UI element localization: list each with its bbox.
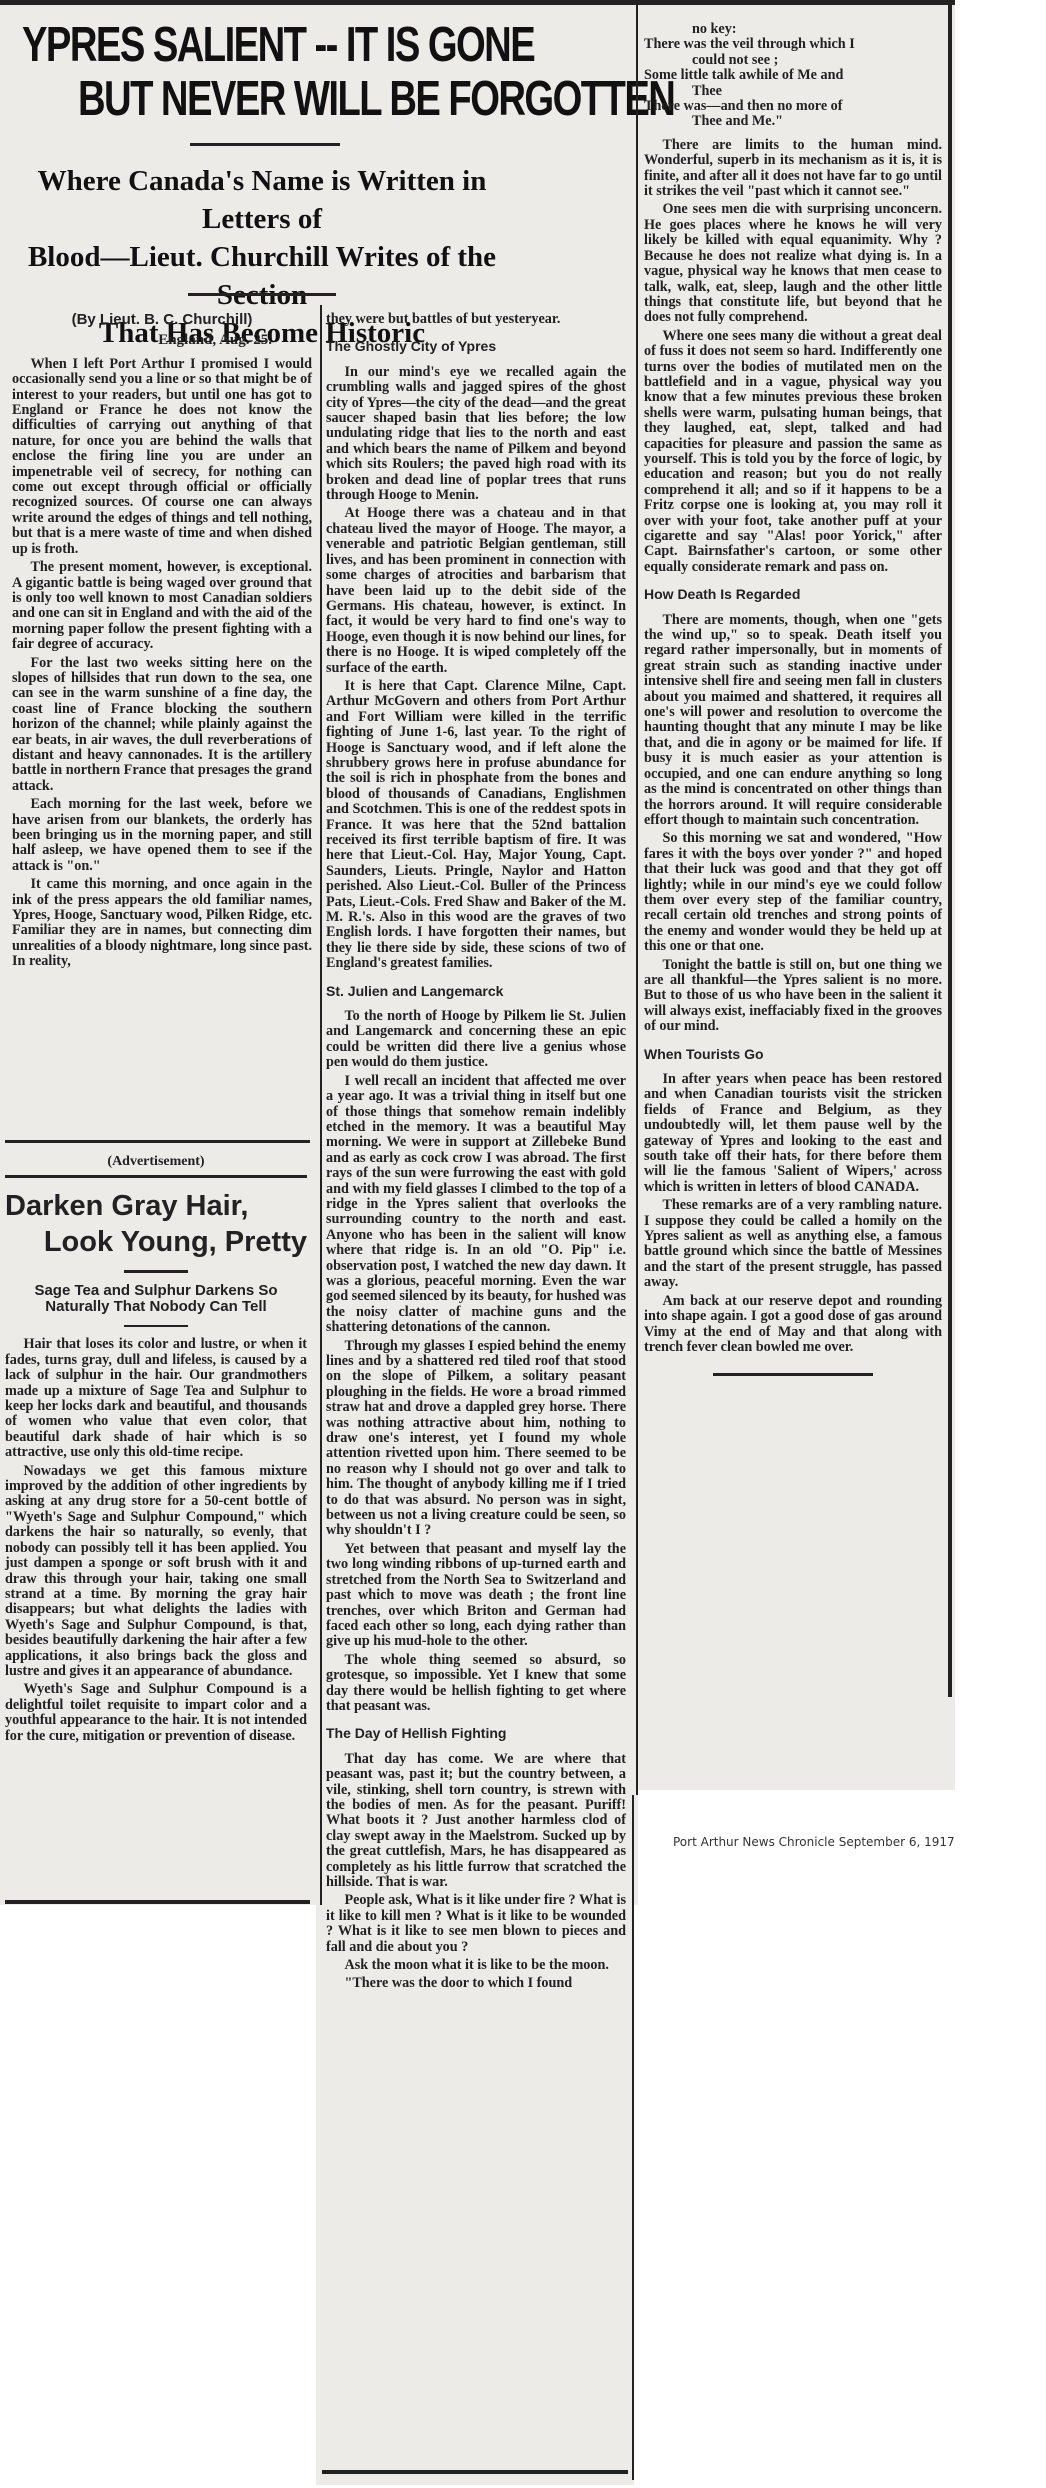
- blank-area-col1: [0, 1905, 316, 2488]
- ad-paragraph: Nowadays we get this famous mixture impr…: [5, 1464, 307, 1680]
- ad-subtitle-rule: [124, 1325, 188, 1327]
- poem-quote: no key: There was the veil through which…: [644, 22, 942, 130]
- article-end-rule: [713, 1373, 873, 1376]
- article-paragraph: "There was the door to which I found: [326, 1976, 626, 1991]
- article-paragraph: In our mind's eye we recalled again the …: [326, 365, 626, 504]
- ad-paragraph: Wyeth's Sage and Sulphur Compound is a d…: [5, 1682, 307, 1744]
- ad-label-rule: [5, 1175, 307, 1178]
- article-paragraph: To the north of Hooge by Pilkem lie St. …: [326, 1009, 626, 1071]
- subhead-divider: [188, 293, 336, 296]
- blank-area-col3: [638, 1790, 1046, 2488]
- article-paragraph: There are moments, though, when one "get…: [644, 613, 942, 829]
- poem-line: Thee and Me.": [644, 114, 942, 129]
- article-paragraph: That day has come. We are where that pea…: [326, 1752, 626, 1891]
- article-paragraph: Through my glasses I espied behind the e…: [326, 1339, 626, 1539]
- headline-divider: [190, 143, 340, 146]
- ad-title-line-1: Darken Gray Hair,: [5, 1188, 307, 1224]
- advertisement: (Advertisement) Darken Gray Hair, Look Y…: [5, 1148, 307, 1747]
- ad-paragraph: Hair that loses its color and lustre, or…: [5, 1337, 307, 1460]
- column-2-bottom-rule: [322, 2470, 628, 2474]
- top-border-rule: [0, 0, 955, 5]
- ad-title-rule: [124, 1270, 188, 1273]
- dateline: England, Aug. 25.: [12, 333, 312, 348]
- column-rule-2-tail: [632, 1795, 634, 2480]
- headline: YPRES SALIENT -- IT IS GONE BUT NEVER WI…: [22, 18, 642, 126]
- article-paragraph: For the last two weeks sitting here on t…: [12, 656, 312, 795]
- article-paragraph: People ask, What is it like under fire ?…: [326, 1893, 626, 1955]
- ad-bottom-rule: [5, 1900, 310, 1904]
- article-paragraph: It is here that Capt. Clarence Milne, Ca…: [326, 679, 626, 972]
- article-paragraph: It came this morning, and once again in …: [12, 877, 312, 969]
- section-heading: When Tourists Go: [644, 1047, 942, 1062]
- article-paragraph: Where one sees many die without a great …: [644, 329, 942, 576]
- poem-line: Thee: [644, 84, 942, 99]
- article-paragraph: Each morning for the last week, before w…: [12, 797, 312, 874]
- poem-line: Some little talk awhile of Me and: [644, 68, 942, 83]
- article-paragraph: I well recall an incident that affected …: [326, 1074, 626, 1336]
- ad-top-rule: [5, 1140, 310, 1143]
- article-paragraph: There are limits to the human mind. Wond…: [644, 138, 942, 200]
- section-heading: The Day of Hellish Fighting: [326, 1726, 626, 1741]
- article-paragraph: At Hooge there was a chateau and in that…: [326, 506, 626, 675]
- article-paragraph: they were but battles of but yesteryear.: [326, 312, 626, 327]
- source-caption: Port Arthur News Chronicle September 6, …: [673, 1835, 955, 1849]
- subhead-line-1: Where Canada's Name is Written in Letter…: [12, 162, 512, 238]
- poem-line: There was—and then no more of: [644, 99, 942, 114]
- subhead-line-2: Blood—Lieut. Churchill Writes of the Sec…: [12, 238, 512, 314]
- poem-line: no key:: [644, 22, 942, 37]
- article-paragraph: So this morning we sat and wondered, "Ho…: [644, 831, 942, 954]
- article-paragraph: Yet between that peasant and myself lay …: [326, 1542, 626, 1650]
- article-paragraph: The whole thing seemed so absurd, so gro…: [326, 1653, 626, 1715]
- poem-line: could not see ;: [644, 53, 942, 68]
- poem-line: There was the veil through which I: [644, 37, 942, 52]
- article-paragraph: Am back at our reserve depot and roundin…: [644, 1294, 942, 1356]
- byline: (By Lieut. B. C. Churchill): [12, 312, 312, 327]
- section-heading: St. Julien and Langemarck: [326, 984, 626, 999]
- article-paragraph: Tonight the battle is still on, but one …: [644, 958, 942, 1035]
- section-heading: The Ghostly City of Ypres: [326, 339, 626, 354]
- section-heading: How Death Is Regarded: [644, 587, 942, 602]
- right-border-rule: [948, 0, 952, 1697]
- article-paragraph: Ask the moon what it is like to be the m…: [326, 1958, 626, 1973]
- column-1: (By Lieut. B. C. Churchill) England, Aug…: [12, 312, 312, 973]
- column-rule-1: [320, 305, 322, 1905]
- ad-subtitle: Sage Tea and Sulphur Darkens So Naturall…: [5, 1283, 307, 1315]
- article-paragraph: The present moment, however, is exceptio…: [12, 560, 312, 652]
- article-paragraph: In after years when peace has been resto…: [644, 1072, 942, 1195]
- column-2: they were but battles of but yesteryear.…: [326, 312, 626, 1995]
- headline-line-2: BUT NEVER WILL BE FORGOTTEN: [78, 72, 518, 126]
- article-paragraph: These remarks are of a very rambling nat…: [644, 1198, 942, 1290]
- advertisement-label: (Advertisement): [5, 1154, 307, 1169]
- ad-title-line-2: Look Young, Pretty: [5, 1224, 307, 1260]
- column-3: no key: There was the veil through which…: [644, 22, 942, 1386]
- article-paragraph: One sees men die with surprising unconce…: [644, 202, 942, 325]
- column-rule-2: [636, 5, 638, 1795]
- headline-line-1: YPRES SALIENT -- IT IS GONE: [22, 18, 506, 72]
- article-paragraph: When I left Port Arthur I promised I wou…: [12, 357, 312, 557]
